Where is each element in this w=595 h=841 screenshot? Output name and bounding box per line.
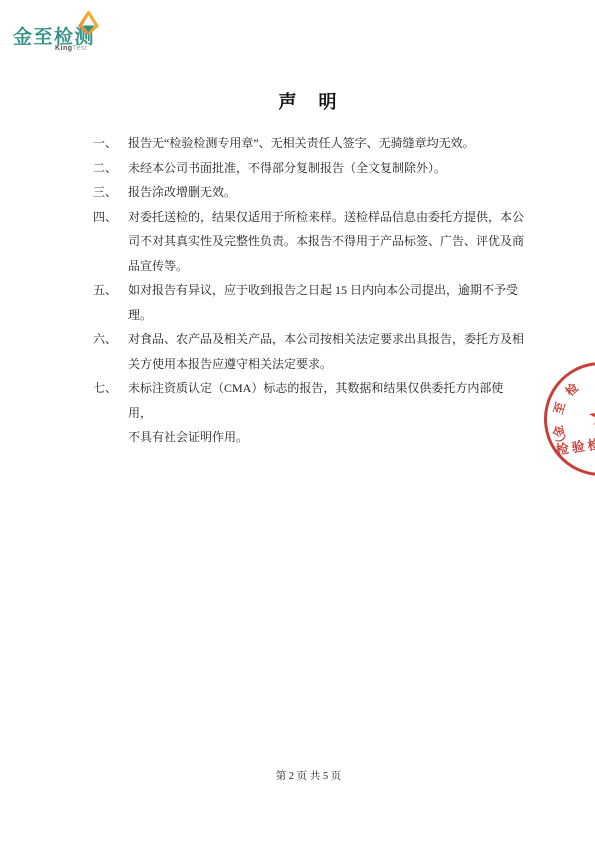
statement-item-5: 五、 如对报告有异议，应于收到报告之日起 15 日内向本公司提出，逾期不予受理。 bbox=[93, 278, 526, 327]
statement-line: 如对报告有异议，应于收到报告之日起 15 日内向本公司提出，逾期不予受理。 bbox=[128, 278, 526, 327]
company-logo: 金至检测 KingTest bbox=[0, 0, 180, 60]
seal-circle-border bbox=[537, 355, 595, 484]
statement-number: 七、 bbox=[93, 376, 117, 401]
statement-item-1: 一、 报告无“检验检测专用章”、无相关责任人签字、无骑缝章均无效。 bbox=[93, 131, 526, 156]
statement-line: 报告涂改增删无效。 bbox=[128, 180, 526, 205]
logo-subtitle-test: Test bbox=[73, 45, 88, 52]
statement-line: 司不对其真实性及完整性负责。本报告不得用于产品标签、广告、评优及商 bbox=[128, 229, 526, 254]
document-page: 金至检测 KingTest 声 明 一、 报告无“检验检测专用章”、无相关责任人… bbox=[0, 0, 595, 841]
statement-number: 一、 bbox=[93, 131, 117, 156]
statement-number: 五、 bbox=[93, 278, 117, 303]
statement-line: 对委托送检的，结果仅适用于所检来样。送检样品信息由委托方提供，本公 bbox=[128, 205, 526, 230]
statement-number: 二、 bbox=[93, 156, 117, 181]
statement-line: 不具有社会证明作用。 bbox=[128, 425, 526, 450]
logo-subtitle-king: King bbox=[55, 45, 73, 52]
company-seal-inner: （ 金 至 检 ★ 检验检 bbox=[537, 355, 595, 484]
statement-item-2: 二、 未经本公司书面批准，不得部分复制报告（全文复制除外）。 bbox=[93, 156, 526, 181]
statement-item-4: 四、 对委托送检的，结果仅适用于所检来样。送检样品信息由委托方提供，本公 司不对… bbox=[93, 205, 526, 279]
statement-line: 报告无“检验检测专用章”、无相关责任人签字、无骑缝章均无效。 bbox=[128, 131, 526, 156]
statement-line: 对食品、农产品及相关产品，本公司按相关法定要求出具报告，委托方及相 bbox=[128, 327, 526, 352]
logo-subtitle: KingTest bbox=[55, 45, 87, 52]
statement-item-7: 七、 未标注资质认定（CMA）标志的报告，其数据和结果仅供委托方内部使用， 不具… bbox=[93, 376, 526, 450]
statement-line: 未经本公司书面批准，不得部分复制报告（全文复制除外）。 bbox=[128, 156, 526, 181]
statement-number: 六、 bbox=[93, 327, 117, 352]
statement-list: 一、 报告无“检验检测专用章”、无相关责任人签字、无骑缝章均无效。 二、 未经本… bbox=[93, 131, 526, 450]
statement-number: 四、 bbox=[93, 205, 117, 230]
statement-line: 关方使用本报告应遵守相关法定要求。 bbox=[128, 352, 526, 377]
statement-line: 未标注资质认定（CMA）标志的报告，其数据和结果仅供委托方内部使用， bbox=[128, 376, 526, 425]
logo-diamond-icon bbox=[76, 9, 101, 37]
page-number: 第 2 页 共 5 页 bbox=[93, 768, 524, 783]
company-seal-stamp: （ 金 至 检 ★ 检验检 bbox=[544, 362, 595, 476]
statement-item-6: 六、 对食品、农产品及相关产品，本公司按相关法定要求出具报告，委托方及相 关方使… bbox=[93, 327, 526, 376]
page-title: 声 明 bbox=[93, 89, 524, 115]
statement-number: 三、 bbox=[93, 180, 117, 205]
statement-line: 品宣传等。 bbox=[128, 254, 526, 279]
statement-item-3: 三、 报告涂改增删无效。 bbox=[93, 180, 526, 205]
